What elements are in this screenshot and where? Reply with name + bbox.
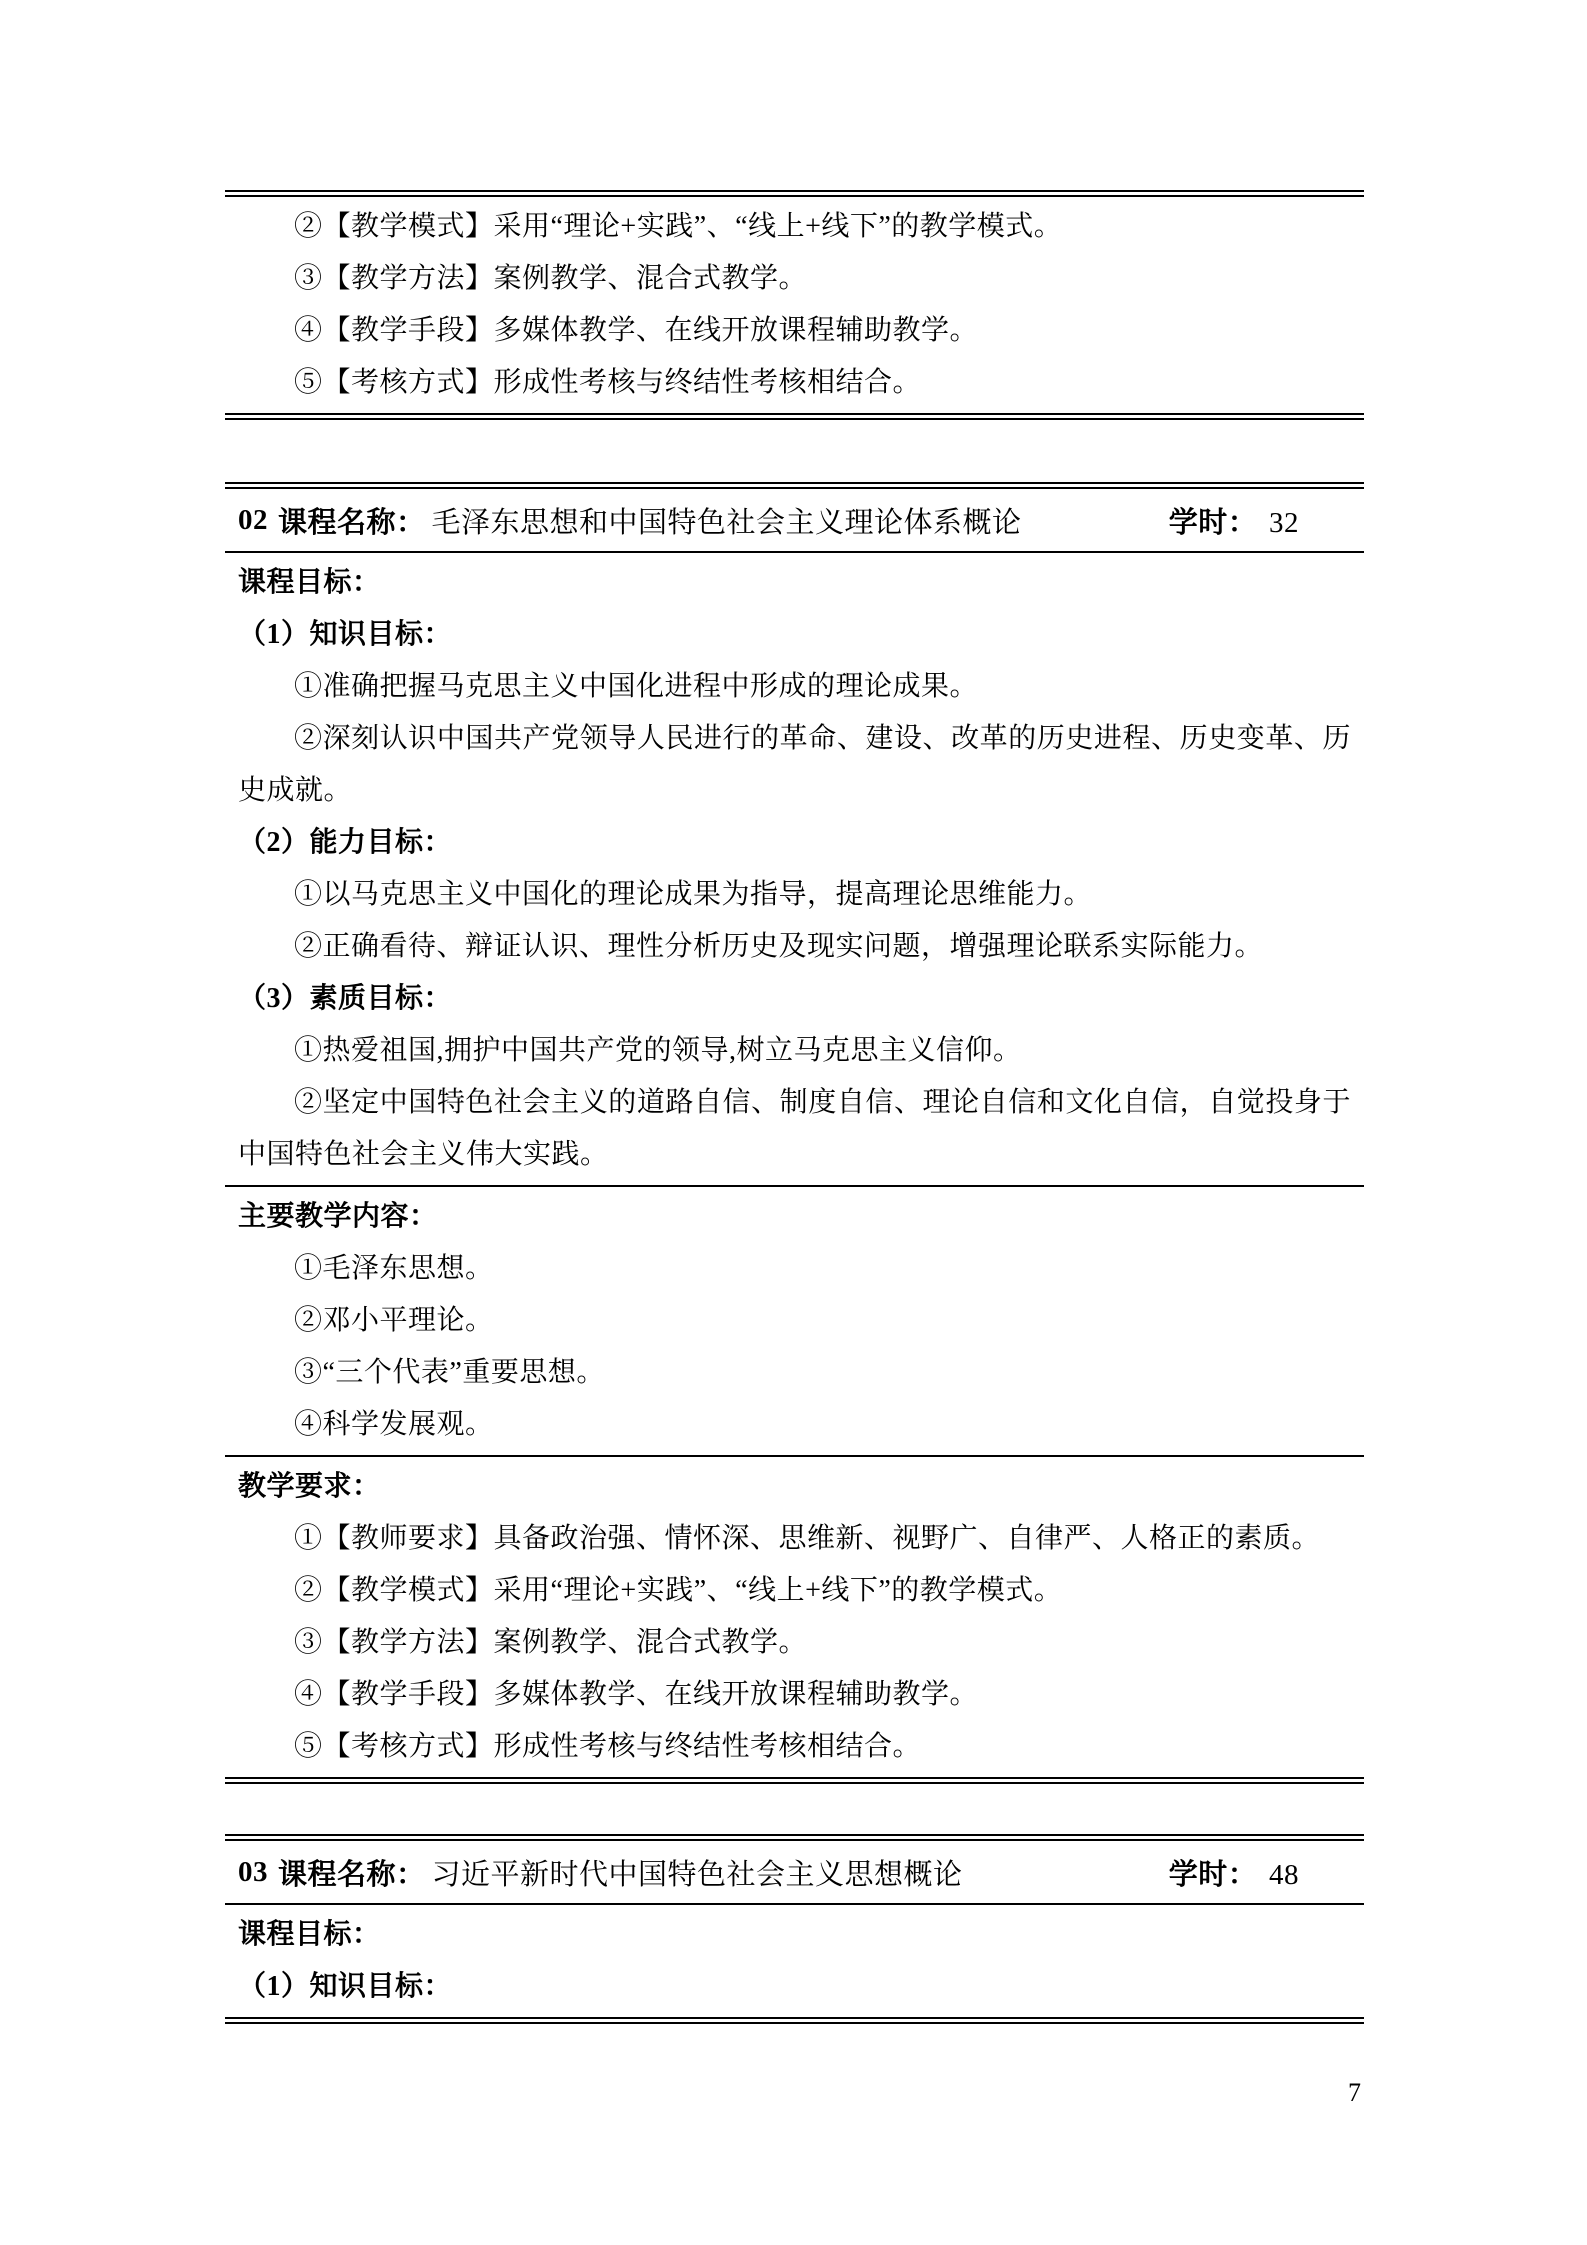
- course-title: 毛泽东思想和中国特色社会主义理论体系概论: [432, 500, 1022, 541]
- table-top-border: [225, 1834, 1364, 1841]
- course-03-objectives-block: 课程目标： （1）知识目标：: [225, 1905, 1364, 2017]
- requirement-item: ①【教师要求】具备政治强、情怀深、思维新、视野广、自律严、人格正的素质。: [238, 1513, 1351, 1565]
- page-content: ②【教学模式】采用“理论+实践”、“线上+线下”的教学模式。 ③【教学方法】案例…: [225, 190, 1364, 2024]
- course-02-requirements-block: 教学要求： ①【教师要求】具备政治强、情怀深、思维新、视野广、自律严、人格正的素…: [225, 1457, 1364, 1777]
- course-code: 02: [238, 504, 268, 537]
- table-bottom-border: [225, 2017, 1364, 2024]
- requirement-item: ④【教学手段】多媒体教学、在线开放课程辅助教学。: [238, 305, 1351, 357]
- content-item: ④科学发展观。: [238, 1399, 1351, 1451]
- course-03-header-row: 03 课程名称： 习近平新时代中国特色社会主义思想概论 学时： 48: [225, 1841, 1364, 1903]
- knowledge-objectives-heading: （1）知识目标：: [238, 609, 1351, 661]
- hours-value: 48: [1269, 1859, 1299, 1891]
- requirement-item: ⑤【考核方式】形成性考核与终结性考核相结合。: [238, 1721, 1351, 1773]
- table-bottom-border: [225, 413, 1364, 420]
- course-code: 03: [238, 1856, 268, 1889]
- prev-course-requirements-block: ②【教学模式】采用“理论+实践”、“线上+线下”的教学模式。 ③【教学方法】案例…: [225, 197, 1364, 413]
- hours-label: 学时：: [1169, 1859, 1258, 1891]
- page-number: 7: [1348, 2078, 1361, 2108]
- content-item: ③“三个代表”重要思想。: [238, 1347, 1351, 1399]
- course-name-label: 课程名称：: [278, 1852, 426, 1893]
- objective-item: ②深刻认识中国共产党领导人民进行的革命、建设、改革的历史进程、历史变革、历史成就…: [238, 713, 1351, 817]
- objective-item: ①准确把握马克思主义中国化进程中形成的理论成果。: [238, 661, 1351, 713]
- requirement-item: ⑤【考核方式】形成性考核与终结性考核相结合。: [238, 357, 1351, 409]
- course-02-content-block: 主要教学内容： ①毛泽东思想。 ②邓小平理论。 ③“三个代表”重要思想。 ④科学…: [225, 1187, 1364, 1455]
- quality-objectives-heading: （3）素质目标：: [238, 973, 1351, 1025]
- table-gap: [225, 1784, 1364, 1834]
- knowledge-objectives-heading: （1）知识目标：: [238, 1961, 1351, 2013]
- course-objectives-heading: 课程目标：: [238, 1909, 1351, 1961]
- table-top-border: [225, 482, 1364, 489]
- course-hours: 学时： 32: [1169, 500, 1351, 541]
- course-title: 习近平新时代中国特色社会主义思想概论: [432, 1852, 963, 1893]
- requirement-item: ③【教学方法】案例教学、混合式教学。: [238, 1617, 1351, 1669]
- requirement-item: ②【教学模式】采用“理论+实践”、“线上+线下”的教学模式。: [238, 1565, 1351, 1617]
- objective-item: ①以马克思主义中国化的理论成果为指导，提高理论思维能力。: [238, 869, 1351, 921]
- document-page: ②【教学模式】采用“理论+实践”、“线上+线下”的教学模式。 ③【教学方法】案例…: [0, 0, 1587, 2245]
- objective-item: ②正确看待、辩证认识、理性分析历史及现实问题，增强理论联系实际能力。: [238, 921, 1351, 973]
- objective-item: ②坚定中国特色社会主义的道路自信、制度自信、理论自信和文化自信，自觉投身于中国特…: [238, 1077, 1351, 1181]
- teaching-content-heading: 主要教学内容：: [238, 1191, 1351, 1243]
- course-name-label: 课程名称：: [278, 500, 426, 541]
- course-02-objectives-block: 课程目标： （1）知识目标： ①准确把握马克思主义中国化进程中形成的理论成果。 …: [225, 553, 1364, 1185]
- requirement-item: ③【教学方法】案例教学、混合式教学。: [238, 253, 1351, 305]
- hours-value: 32: [1269, 507, 1299, 539]
- course-objectives-heading: 课程目标：: [238, 557, 1351, 609]
- table-top-border: [225, 190, 1364, 197]
- content-item: ②邓小平理论。: [238, 1295, 1351, 1347]
- requirement-item: ④【教学手段】多媒体教学、在线开放课程辅助教学。: [238, 1669, 1351, 1721]
- hours-label: 学时：: [1169, 507, 1258, 539]
- requirement-item: ②【教学模式】采用“理论+实践”、“线上+线下”的教学模式。: [238, 201, 1351, 253]
- course-02-header-row: 02 课程名称： 毛泽东思想和中国特色社会主义理论体系概论 学时： 32: [225, 489, 1364, 551]
- teaching-requirements-heading: 教学要求：: [238, 1461, 1351, 1513]
- ability-objectives-heading: （2）能力目标：: [238, 817, 1351, 869]
- course-hours: 学时： 48: [1169, 1852, 1351, 1893]
- table-gap: [225, 420, 1364, 482]
- objective-item: ①热爱祖国,拥护中国共产党的领导,树立马克思主义信仰。: [238, 1025, 1351, 1077]
- content-item: ①毛泽东思想。: [238, 1243, 1351, 1295]
- table-bottom-border: [225, 1777, 1364, 1784]
